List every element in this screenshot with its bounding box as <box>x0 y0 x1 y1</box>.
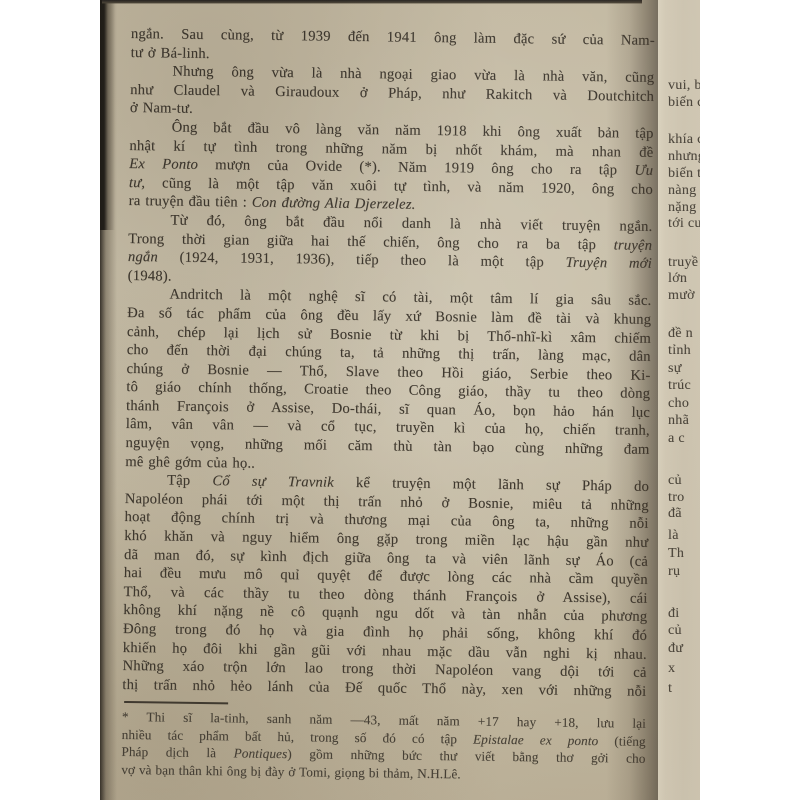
page-top-edge <box>102 0 642 4</box>
facing-line: t <box>668 681 672 697</box>
facing-line: rụ <box>668 564 680 580</box>
facing-line: là <box>668 528 679 544</box>
facing-line: tới cu <box>668 216 700 232</box>
text-run: (tiếng <box>598 733 646 749</box>
facing-line: cho <box>668 396 689 412</box>
white-background: ngắn. Sau cùng, từ 1939 đến 1941 ông làm… <box>0 0 800 800</box>
italic-title: Ưu <box>634 163 653 179</box>
facing-line: đã <box>668 506 682 522</box>
facing-line: đư <box>668 641 683 657</box>
italic-title: Ex Ponto <box>129 156 198 173</box>
facing-line: lớn <box>668 271 687 287</box>
text-run: kể truyện một lãnh sự Pháp do <box>334 475 649 495</box>
text-run: mê ghê gớm của họ.. <box>125 454 255 472</box>
text-run: ở Nam-tư. <box>130 100 193 117</box>
book-page: ngắn. Sau cùng, từ 1939 đến 1941 ông làm… <box>121 25 655 785</box>
italic-title: Cổ sự Travnik <box>212 473 334 491</box>
facing-page: vui, bưbiến ckhía cnhưngbiến tnàngnặngtớ… <box>658 0 700 800</box>
facing-line: nhưng <box>668 149 700 165</box>
facing-line: nặng <box>668 200 696 216</box>
italic-title: Pontiques <box>234 746 288 762</box>
facing-line: tro <box>668 490 684 506</box>
facing-line: a c <box>668 431 685 447</box>
facing-line: sự <box>668 361 682 377</box>
facing-line: khía c <box>668 132 700 148</box>
facing-line: Th <box>668 546 684 562</box>
facing-line: nàng <box>668 183 696 199</box>
facing-line: củ <box>668 473 682 489</box>
book-photo: ngắn. Sau cùng, từ 1939 đến 1941 ông làm… <box>100 0 700 800</box>
facing-line: đề n <box>668 326 693 342</box>
book-spine-edge-top <box>100 0 116 230</box>
text-run: vợ và bạn thân khi ông bị đày ở Tomi, gi… <box>121 761 461 780</box>
italic-title: tư, <box>129 175 145 191</box>
text-run: tư ở Bá-linh. <box>131 45 210 62</box>
text-run: Pháp dịch là <box>121 744 233 760</box>
italic-title: Truyện mới <box>565 255 652 272</box>
italic-title: Epistalae ex ponto <box>473 731 598 748</box>
facing-line: x <box>668 661 675 677</box>
text-run: (1924, 1931, 1936), tiếp theo là một tập <box>158 249 566 270</box>
facing-line: củ <box>668 623 682 639</box>
text-run: Tập <box>167 473 213 490</box>
text-run: ra truyện đầu tiên : <box>129 193 252 211</box>
footnote-divider <box>124 701 228 704</box>
facing-line: nhã <box>668 413 689 429</box>
facing-line: tỉnh <box>668 343 691 359</box>
facing-line: vui, bư <box>668 78 700 94</box>
italic-title: truyện <box>614 237 653 254</box>
main-text: ngắn. Sau cùng, từ 1939 đến 1941 ông làm… <box>122 25 655 701</box>
facing-line: trúc <box>668 378 691 394</box>
facing-line: truyề <box>668 255 698 271</box>
facing-line: biến t <box>668 166 700 182</box>
italic-title: ngắn <box>128 249 158 265</box>
text-run: (1948). <box>128 268 172 285</box>
facing-line: đi <box>668 606 680 622</box>
facing-line: mườ <box>668 288 695 304</box>
footnote: * Thi sĩ la-tinh, sanh năm —43, mất năm … <box>121 708 646 784</box>
facing-line: biến c <box>668 95 700 111</box>
italic-title: Con đường Alia Djerzelez. <box>252 195 416 213</box>
